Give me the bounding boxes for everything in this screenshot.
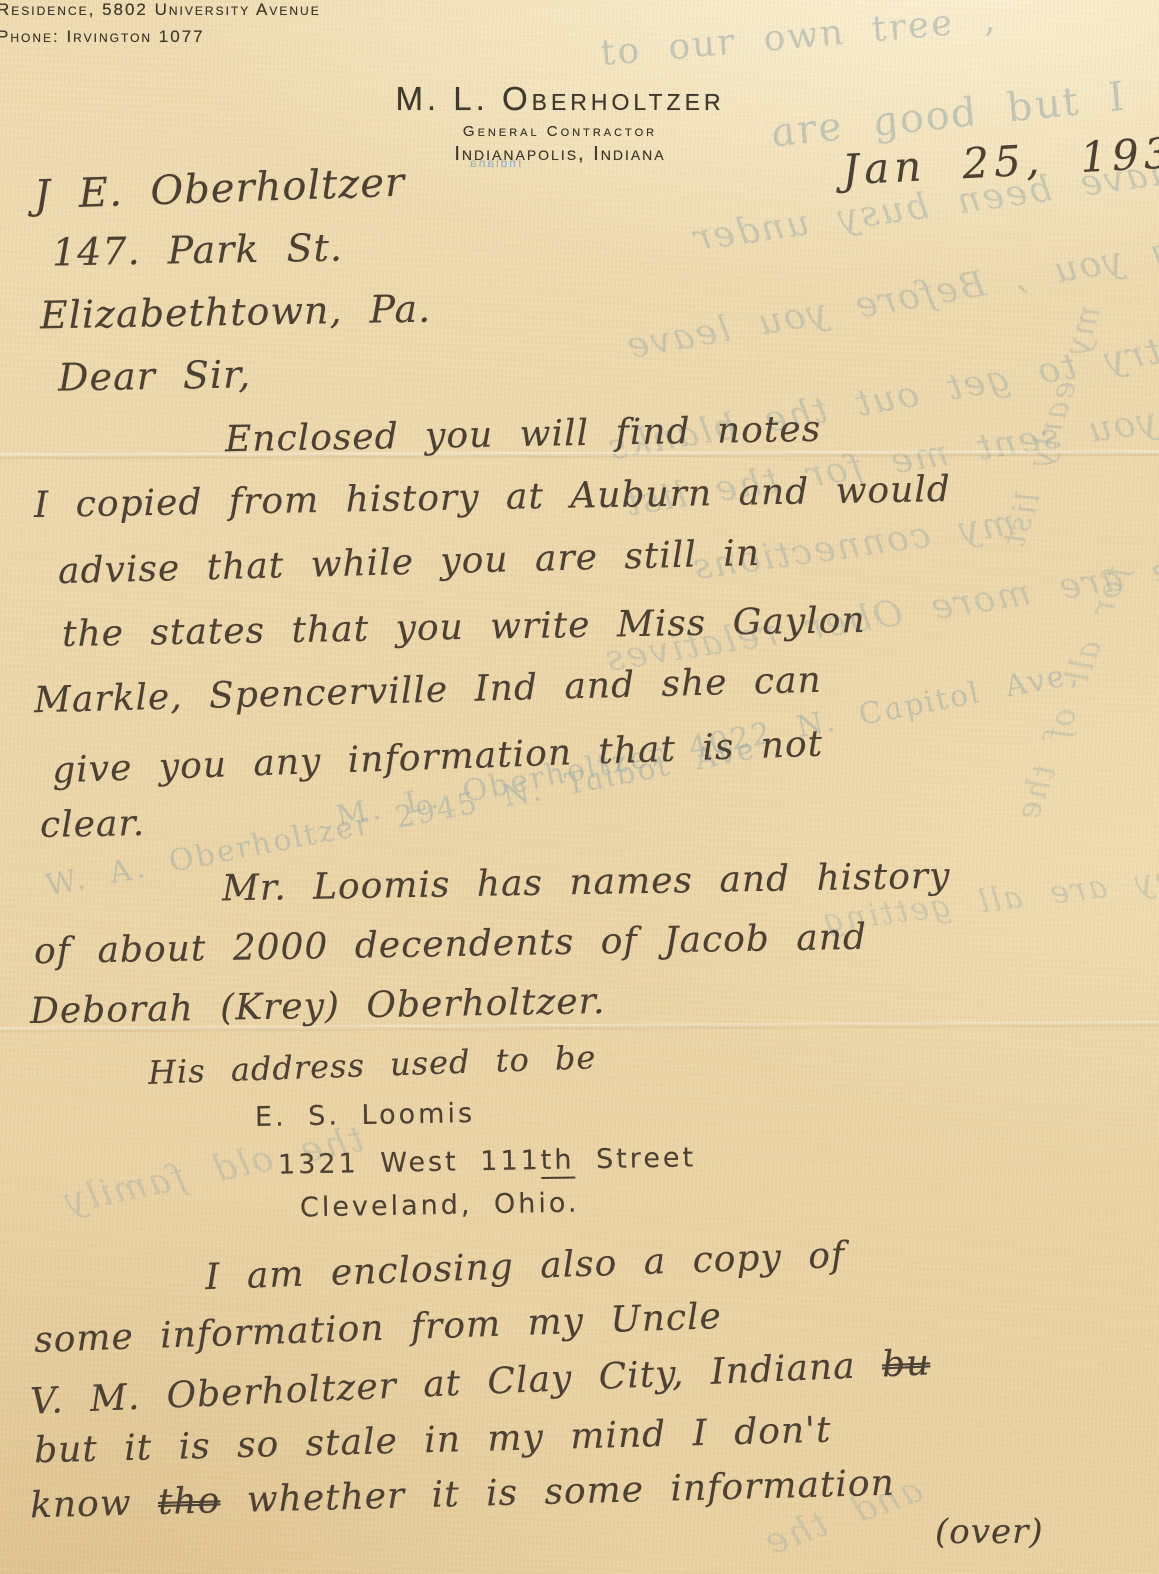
bleedthrough-text: to our own tree , <box>595 0 1000 74</box>
letter-line: clear. <box>40 803 146 846</box>
date-line: Jan 25, 1932 <box>841 126 1159 194</box>
line-text: know <box>30 1482 159 1526</box>
letterhead-contact-block: Residence, 5802 University Avenue Phone:… <box>0 0 321 50</box>
loomis-street-line: 1321 West 111th Street <box>278 1142 697 1180</box>
struck-word: bu <box>881 1342 931 1385</box>
recipient-name: J E. Oberholtzer <box>33 160 406 219</box>
letter-page: to our own tree , are good but I have be… <box>0 0 1159 1574</box>
letter-line: some information from my Uncle <box>33 1296 722 1361</box>
letterhead-residence-line: Residence, 5802 University Avenue <box>0 0 321 23</box>
letter-line: but it is so stale in my mind I don't <box>34 1410 832 1472</box>
line-text: whether it is some information <box>220 1463 895 1522</box>
street-ordinal-underlined: th <box>541 1144 575 1179</box>
letterhead-company-role: General Contractor <box>330 123 790 140</box>
bleedthrough-text: for all of the <box>1008 560 1136 827</box>
loomis-city-line: Cleveland, Ohio. <box>300 1188 580 1224</box>
letter-line: know tho whether it is some information <box>30 1463 896 1527</box>
address-intro-line: His address used to be <box>147 1038 596 1092</box>
bleedthrough-text: my early list <box>993 300 1108 553</box>
bleedthrough-text: of writing you , Before you leave <box>622 198 1159 368</box>
salutation: Dear Sir, <box>58 352 252 399</box>
letter-line: Mr. Loomis has names and history <box>222 856 951 910</box>
letter-line: I copied from history at Auburn and woul… <box>34 469 952 526</box>
letter-line: the states that you write Miss Gaylon <box>62 600 866 655</box>
street-suffix: Street <box>574 1142 696 1175</box>
letterhead-phone-line: Phone: Irvington 1077 <box>0 23 321 50</box>
letterhead-company-name: M. L. Oberholtzer <box>330 80 790 118</box>
over-note: (over) <box>935 1512 1044 1552</box>
letterhead-center-block: M. L. Oberholtzer General Contractor Ind… <box>330 80 790 166</box>
letter-line: Enclosed you will find notes <box>225 409 822 460</box>
letter-line: advise that while you are still in <box>58 533 761 592</box>
recipient-city: Elizabethtown, Pa. <box>40 287 432 338</box>
street-number: 1321 West 111 <box>278 1145 541 1181</box>
letter-line: of about 2000 decendents of Jacob and <box>34 917 868 973</box>
letter-line: Markle, Spencerville Ind and she can <box>34 660 823 722</box>
struck-word: tho <box>158 1480 221 1523</box>
recipient-street: 147. Park St. <box>52 225 344 274</box>
letter-line: Deborah (Krey) Oberholtzer. <box>30 981 606 1032</box>
letter-line: I am enclosing also a copy of <box>204 1235 845 1298</box>
loomis-name-line: E. S. Loomis <box>255 1098 476 1133</box>
letter-line: give you any information that is not <box>52 724 824 792</box>
